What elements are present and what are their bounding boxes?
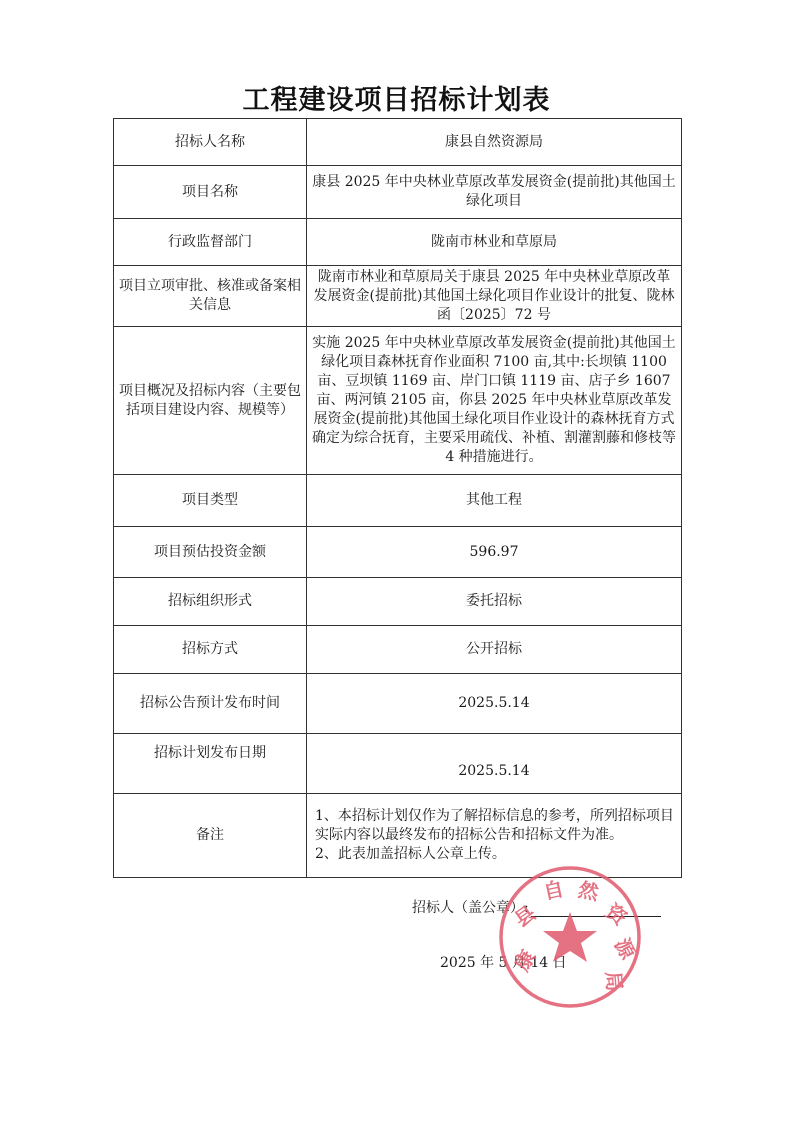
table-row: 行政监督部门 陇南市林业和草原局 [114,219,682,266]
table-row: 项目立项审批、核准或备案相关信息 陇南市林业和草原局关于康县 2025 年中央林… [114,266,682,327]
official-seal-icon: 康 县 自 然 资 源 局 [497,864,643,1010]
svg-text:局: 局 [601,970,627,992]
row-label: 项目名称 [114,166,307,219]
table-row: 项目名称 康县 2025 年中央林业草原改革发展资金(提前批)其他国土绿化项目 [114,166,682,219]
row-label: 行政监督部门 [114,219,307,266]
svg-text:源: 源 [610,934,641,964]
table-row: 招标计划发布日期 2025.5.14 [114,734,682,794]
table-row: 招标公告预计发布时间 2025.5.14 [114,674,682,734]
row-value: 陇南市林业和草原局关于康县 2025 年中央林业草原改革发展资金(提前批)其他国… [307,266,682,327]
row-value: 委托招标 [307,578,682,626]
signature-date: 2025 年 5 月 14 日 [440,952,567,972]
signature-line [531,902,661,917]
table-row: 招标组织形式 委托招标 [114,578,682,626]
row-value: 其他工程 [307,475,682,527]
signature-label: 招标人（盖公章）: [412,900,529,916]
signature-block: 招标人（盖公章）: [412,897,661,917]
row-value: 实施 2025 年中央林业草原改革发展资金(提前批)其他国土绿化项目森林抚育作业… [307,327,682,475]
note-item: 1、本招标计划仅作为了解招标信息的参考，所列招标项目实际内容以最终发布的招标公告… [315,807,677,845]
row-label: 招标方式 [114,626,307,674]
row-label: 招标计划发布日期 [114,734,307,794]
row-value: 康县 2025 年中央林业草原改革发展资金(提前批)其他国土绿化项目 [307,166,682,219]
table-row: 备注 1、本招标计划仅作为了解招标信息的参考，所列招标项目实际内容以最终发布的招… [114,794,682,878]
row-label: 项目预估投资金额 [114,527,307,578]
row-label: 项目类型 [114,475,307,527]
row-label: 招标组织形式 [114,578,307,626]
row-label: 备注 [114,794,307,878]
document-title: 工程建设项目招标计划表 [0,78,793,117]
row-value: 公开招标 [307,626,682,674]
row-value: 康县自然资源局 [307,119,682,166]
note-item: 2、此表加盖招标人公章上传。 [315,845,677,864]
row-label: 招标人名称 [114,119,307,166]
row-label: 招标公告预计发布时间 [114,674,307,734]
table-row: 招标方式 公开招标 [114,626,682,674]
bidding-plan-table: 招标人名称 康县自然资源局 项目名称 康县 2025 年中央林业草原改革发展资金… [113,118,682,878]
table-row: 项目概况及招标内容（主要包括项目建设内容、规模等） 实施 2025 年中央林业草… [114,327,682,475]
row-value: 596.97 [307,527,682,578]
row-value: 陇南市林业和草原局 [307,219,682,266]
table-row: 招标人名称 康县自然资源局 [114,119,682,166]
table-row: 项目类型 其他工程 [114,475,682,527]
table-row: 项目预估投资金额 596.97 [114,527,682,578]
row-value: 2025.5.14 [307,734,682,794]
row-label: 项目立项审批、核准或备案相关信息 [114,266,307,327]
row-value: 2025.5.14 [307,674,682,734]
row-label: 项目概况及招标内容（主要包括项目建设内容、规模等） [114,327,307,475]
notes-cell: 1、本招标计划仅作为了解招标信息的参考，所列招标项目实际内容以最终发布的招标公告… [307,794,682,878]
